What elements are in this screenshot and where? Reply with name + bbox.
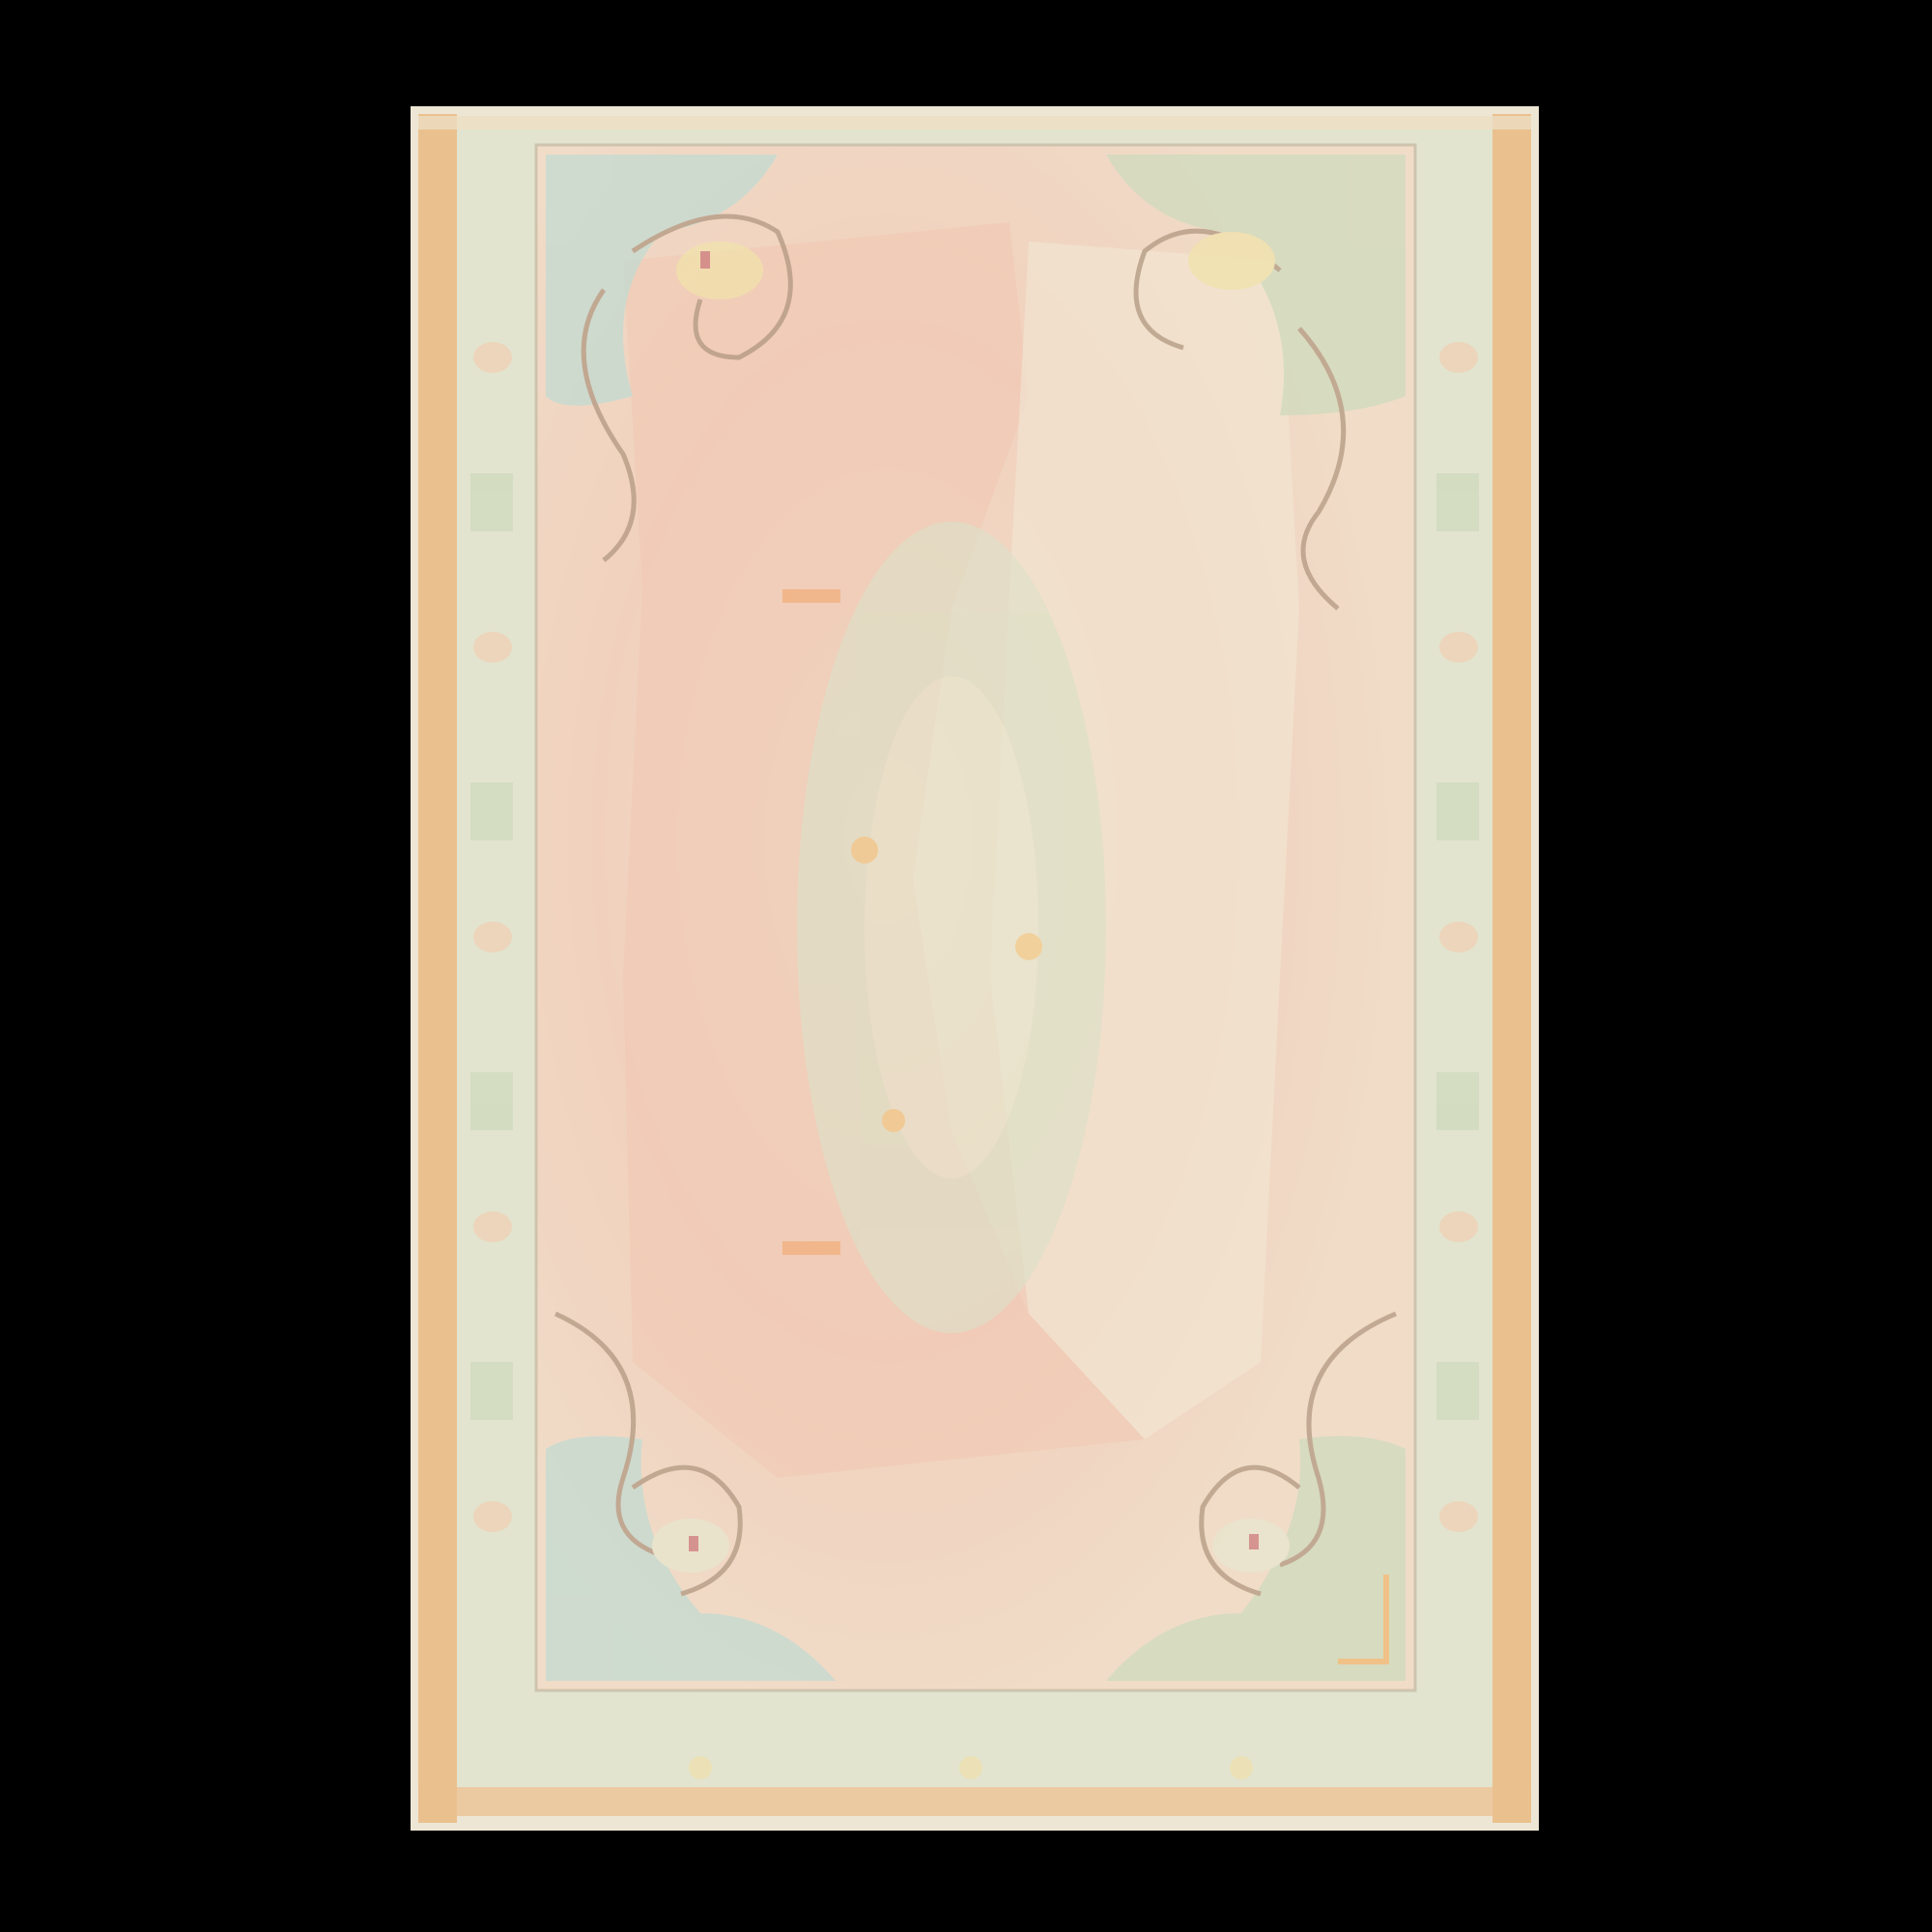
rug xyxy=(411,106,1539,1831)
rug-pattern xyxy=(411,106,1539,1831)
